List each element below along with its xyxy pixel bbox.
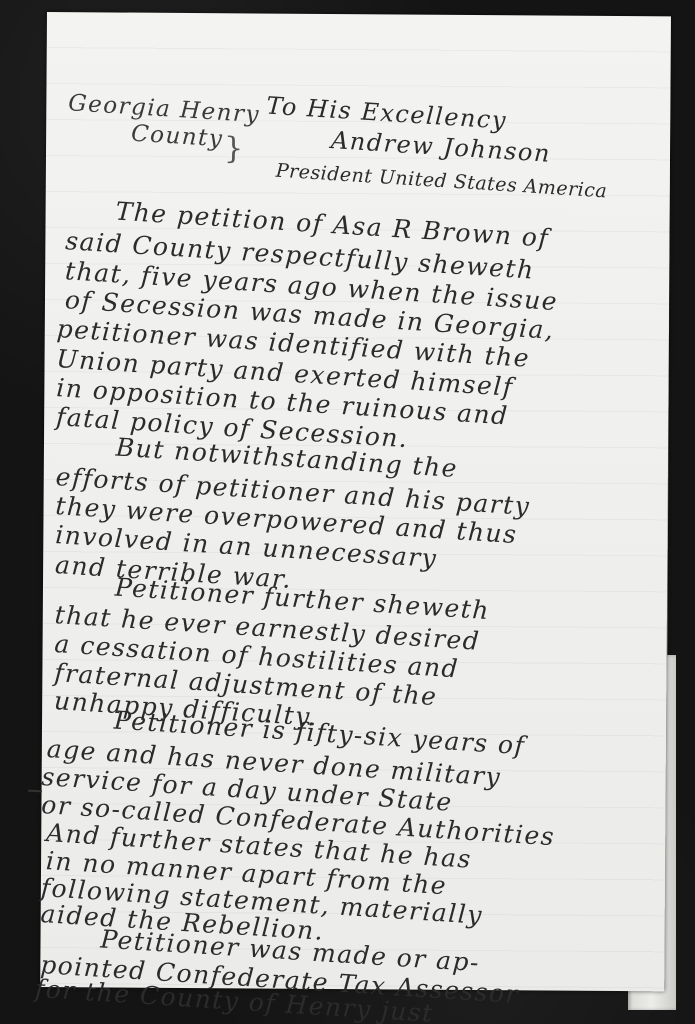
address-title: President United States America	[275, 160, 608, 203]
petition-page: Georgia Henry County } To His Excellency…	[40, 12, 671, 991]
handwritten-text: Georgia Henry County } To His Excellency…	[40, 12, 671, 991]
address-name: Andrew Johnson	[330, 126, 552, 168]
address-salutation: To His Excellency	[265, 92, 507, 135]
heading-county-label: County	[130, 121, 224, 153]
heading-brace-mark: }	[224, 131, 245, 166]
